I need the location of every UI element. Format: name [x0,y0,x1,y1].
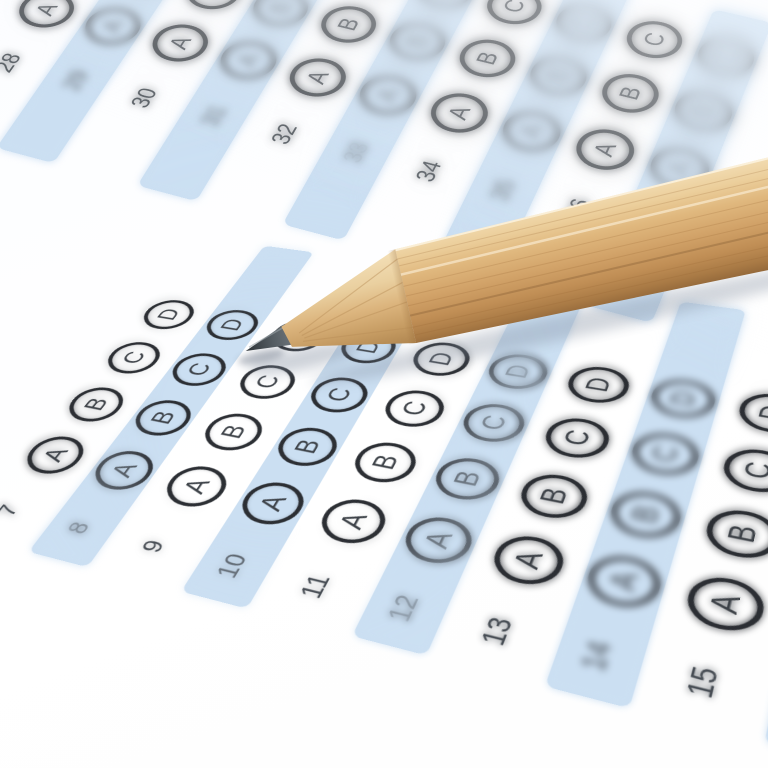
answer-bubble: B [452,35,522,83]
answer-letter: C [568,14,599,32]
answer-bubble: A [144,19,217,66]
answer-bubble: B [178,0,249,14]
answer-letter: D [664,389,701,408]
answer-letter: A [372,86,404,104]
answer-letter: B [722,522,764,545]
answer-bubble: C [99,339,169,377]
answer-letter: A [516,122,548,141]
answer-letter: B [472,50,503,68]
answer-letter: A [334,510,373,532]
answer-bubble: B [514,470,594,524]
question-number: 11 [287,560,344,614]
answer-letter: A [418,529,458,552]
answer-letter: A [233,51,265,69]
answer-letter: A [704,591,748,617]
answer-letter: A [31,1,62,18]
answer-letter: A [302,69,334,87]
answer-letter: B [625,503,665,525]
question-number: 7 [0,489,37,534]
answer-bubble: B [60,384,133,426]
answer-letter: B [402,33,433,50]
answer-bubble: D [562,363,634,407]
answer-letter: C [711,47,742,65]
answer-letter: D [580,376,616,394]
answer-bubble: D [735,390,768,438]
answer-bubble: A [312,494,393,549]
answer-bubble: B [701,505,768,564]
answer-letter: C [182,361,216,378]
answer-letter: A [589,140,621,159]
answer-bubble: A [157,462,236,512]
answer-bubble: C [480,0,549,29]
answer-bubble: C [539,414,615,462]
answer-letter: A [97,18,128,35]
answer-letter: A [443,104,475,122]
answer-letter: C [646,443,685,464]
answer-letter: C [738,460,768,482]
answer-bubble: B [313,1,384,48]
answer-bubble: A [569,124,641,176]
answer-bubble: A [17,432,93,478]
question-number: 32 [258,110,310,159]
answer-letter: B [333,16,364,33]
answer-bubble: A [682,571,768,637]
answer-letter: A [164,34,196,51]
answer-bubble: A [423,88,495,138]
question-number: 15 [676,650,731,715]
answer-letter: B [79,396,113,413]
answer-letter: A [254,493,292,514]
answer-letter: B [615,84,646,102]
photo-answer-sheet: 7ABCD8ABCD9ABCD10ABCD11ABCD12ABCD13ABCD1… [0,0,768,768]
answer-bubble: D [135,297,202,332]
answer-letter: C [475,413,512,432]
question-number: 9 [125,523,182,572]
answer-letter: C [499,0,530,15]
answer-bubble: A [486,531,570,591]
answer-letter: B [146,409,181,426]
answer-letter: B [534,485,573,506]
answer-bubble: A [10,0,83,33]
answer-letter: C [639,30,670,48]
answer-bubble: C [620,16,688,63]
answer-letter: B [289,437,326,456]
answer-letter: B [448,469,486,489]
answer-letter: C [117,350,150,366]
answer-letter: B [265,0,296,16]
answer-bubble: B [595,69,665,118]
question-number: 30 [117,75,170,122]
answer-bubble: A [281,53,354,102]
answer-letter: A [106,461,142,480]
answer-bubble: B [346,438,423,487]
answer-letter: D [753,403,768,423]
question-number: 34 [403,146,454,196]
question-number: 13 [469,603,526,662]
answer-letter: D [153,307,185,322]
answer-letter: C [396,399,432,418]
answer-letter: A [178,476,215,496]
answer-letter: B [367,453,404,472]
answer-letter: B [216,423,252,441]
answer-bubble: C [719,445,768,498]
answer-letter: A [38,446,74,464]
answer-letter: B [543,67,574,85]
answer-letter: C [558,428,596,448]
question-number: 28 [0,40,35,86]
answer-letter: A [508,548,549,572]
answer-letter: B [688,102,719,120]
answer-letter: A [603,569,646,594]
